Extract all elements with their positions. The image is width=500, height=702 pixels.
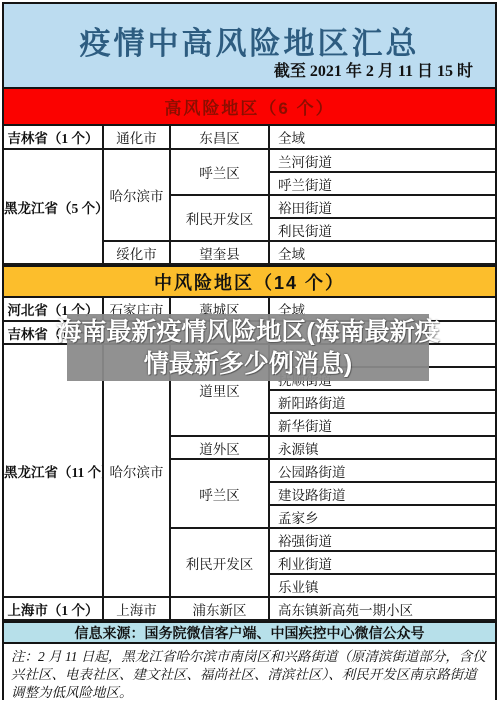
cell-area: 公园路街道: [269, 459, 495, 482]
cell-district: 道外区: [170, 436, 269, 459]
table-row: 上海市（1 个） 上海市 浦东新区 高东镇新高苑一期小区: [4, 597, 495, 620]
cell-area: 新阳路街道: [269, 390, 495, 413]
cell-district: 呼兰区: [170, 149, 269, 195]
cell-area: 全域: [269, 126, 495, 149]
cell-area: 利业街道: [269, 551, 495, 574]
cell-city: 哈尔滨市: [103, 149, 170, 241]
cell-province: 吉林省（1 个）: [4, 126, 103, 149]
info-source-bar: 信息来源：国务院微信客户端、中国疾控中心微信公众号: [4, 621, 495, 644]
cell-city: 通化市: [103, 126, 170, 149]
cell-district: 呼兰区: [170, 459, 269, 528]
cell-area: 新华街道: [269, 413, 495, 436]
cell-area: 建设路街道: [269, 482, 495, 505]
overlay-watermark-title: 海南最新疫情风险地区(海南最新疫 情最新多少例消息): [67, 314, 429, 381]
cell-province: 黑龙江省（5 个）: [4, 149, 103, 264]
header: 疫情中高风险地区汇总 截至 2021 年 2 月 11 日 15 时: [4, 4, 495, 87]
cell-city: 上海市: [103, 597, 170, 620]
cell-city: 绥化市: [103, 241, 170, 264]
high-risk-table: 吉林省（1 个） 通化市 东昌区 全域 黑龙江省（5 个） 哈尔滨市 呼兰区 兰…: [4, 126, 495, 265]
cell-area: 利民街道: [269, 218, 495, 241]
cell-area: 裕强街道: [269, 528, 495, 551]
cell-province: 上海市（1 个）: [4, 597, 103, 620]
table-row: 黑龙江省（5 个） 哈尔滨市 呼兰区 兰河街道: [4, 149, 495, 172]
page-title: 疫情中高风险地区汇总: [4, 4, 495, 63]
cell-district: 利民开发区: [170, 195, 269, 241]
cell-city: 哈尔滨市: [103, 344, 170, 597]
cell-area: 永源镇: [269, 436, 495, 459]
cell-district: 浦东新区: [170, 597, 269, 620]
footnote: 注：2 月 11 日起，黑龙江省哈尔滨市南岗区和兴路街道（原清滨街道部分，含仪兴…: [4, 644, 495, 702]
cell-district: 东昌区: [170, 126, 269, 149]
cell-district: 望奎县: [170, 241, 269, 264]
cell-area: 裕田街道: [269, 195, 495, 218]
cell-area: 乐业镇: [269, 574, 495, 597]
watermark-line2: 情最新多少例消息): [144, 348, 352, 380]
watermark-line1: 海南最新疫情风险地区(海南最新疫: [56, 316, 439, 348]
cell-area: 兰河街道: [269, 149, 495, 172]
high-risk-banner: 高风险地区（6 个）: [4, 87, 495, 126]
as-of-date: 截至 2021 年 2 月 11 日 15 时: [274, 58, 473, 81]
table-row: 吉林省（1 个） 通化市 东昌区 全域: [4, 126, 495, 149]
cell-area: 呼兰街道: [269, 172, 495, 195]
cell-area: 高东镇新高苑一期小区: [269, 597, 495, 620]
cell-province: 黑龙江省（11 个）: [4, 344, 103, 597]
cell-area: 孟家乡: [269, 505, 495, 528]
medium-risk-banner: 中风险地区（14 个）: [4, 265, 495, 298]
cell-area: 全域: [269, 241, 495, 264]
cell-district: 利民开发区: [170, 528, 269, 597]
